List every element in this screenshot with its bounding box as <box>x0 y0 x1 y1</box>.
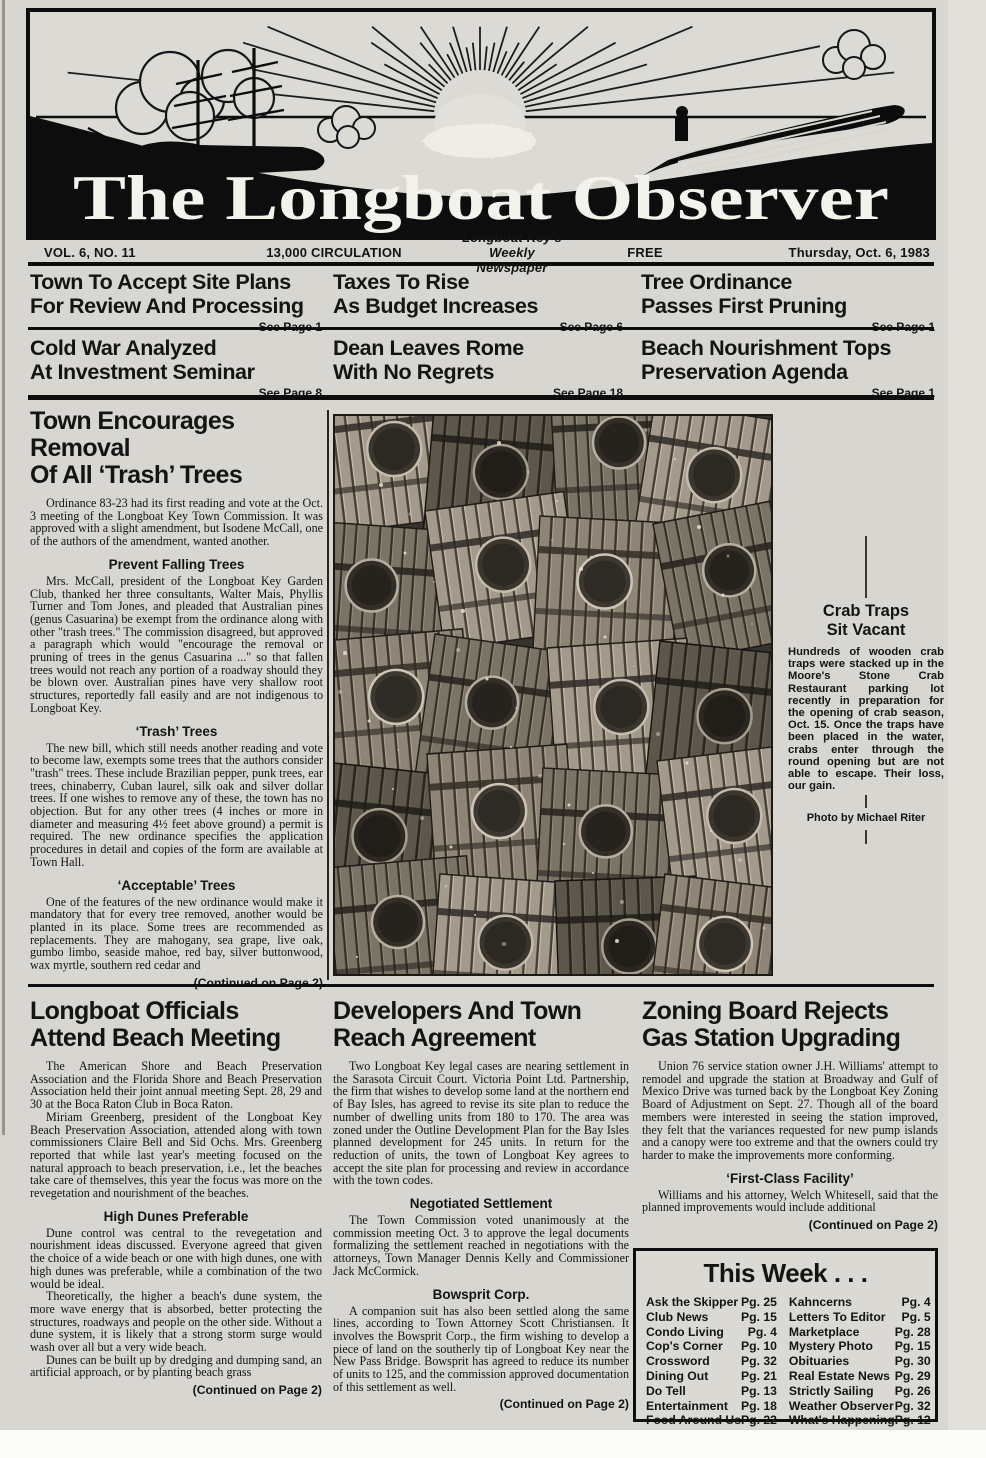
rule-above-bottom-section <box>28 984 934 987</box>
index-item: CrosswordPg. 32 <box>646 1354 777 1369</box>
caption-body: Hundreds of wooden crab traps were stack… <box>788 646 944 792</box>
index-item: KahncernsPg. 4 <box>789 1295 931 1310</box>
paragraph: A companion suit has also been settled a… <box>333 1305 629 1394</box>
index-item: Ask the SkipperPg. 25 <box>646 1295 777 1310</box>
paragraph: Theoretically, the higher a beach's dune… <box>30 1290 322 1354</box>
teaser-headline: Town To Accept Site PlansFor Review And … <box>30 270 322 318</box>
index-item: Dining OutPg. 21 <box>646 1369 777 1384</box>
this-week-index: This Week . . . Ask the SkipperPg. 25 Cl… <box>633 1248 938 1422</box>
continued-note: (Continued on Page 2) <box>30 1383 322 1397</box>
paragraph: One of the features of the new ordinance… <box>30 896 323 972</box>
teaser-beach-nourishment: Beach Nourishment TopsPreservation Agend… <box>641 336 935 400</box>
subhead: High Dunes Preferable <box>30 1209 322 1224</box>
index-item: What's HappeningPg. 12 <box>789 1413 931 1428</box>
rule-between-teasers <box>28 327 934 330</box>
subhead: ‘First-Class Facility’ <box>642 1171 938 1186</box>
index-item: ObituariesPg. 30 <box>789 1354 931 1369</box>
paragraph: Miriam Greenberg, president of the Longb… <box>30 1111 322 1200</box>
newspaper-title: The Longboat Observer <box>73 163 889 233</box>
index-item: Strictly SailingPg. 26 <box>789 1384 931 1399</box>
article-developers: Developers And Town Reach Agreement Two … <box>333 998 629 1424</box>
index-item: Club NewsPg. 15 <box>646 1310 777 1325</box>
teaser-headline: Cold War AnalyzedAt Investment Seminar <box>30 336 322 384</box>
newspaper-page: The Longboat Observer VOL. 6, NO. 11 13,… <box>0 0 986 1458</box>
paragraph: Williams and his attorney, Welch Whitese… <box>642 1189 938 1214</box>
article-zoning: Zoning Board Rejects Gas Station Upgradi… <box>642 998 938 1244</box>
caption-leader-line <box>865 536 867 598</box>
article-headline: Town Encourages Removal Of All ‘Trash’ T… <box>30 408 323 489</box>
subhead: Bowsprit Corp. <box>333 1287 629 1302</box>
article-headline: Longboat Officials Attend Beach Meeting <box>30 998 322 1052</box>
article-trash-trees: Town Encourages Removal Of All ‘Trash’ T… <box>30 408 323 1002</box>
continued-note: (Continued on Page 2) <box>30 976 323 990</box>
photo-credit: Photo by Michael Riter <box>788 812 944 824</box>
index-column-left: Ask the SkipperPg. 25 Club NewsPg. 15 Co… <box>646 1295 777 1428</box>
issue-date: Thursday, Oct. 6, 1983 <box>720 245 934 260</box>
price: FREE <box>570 245 720 260</box>
article-headline: Developers And Town Reach Agreement <box>333 998 629 1052</box>
index-item: MarketplacePg. 28 <box>789 1325 931 1340</box>
paragraph: Mrs. McCall, president of the Longboat K… <box>30 575 323 715</box>
caption-title: Crab TrapsSit Vacant <box>788 602 944 640</box>
subhead: ‘Trash’ Trees <box>30 724 323 739</box>
subhead: Negotiated Settlement <box>333 1196 629 1211</box>
article-headline: Zoning Board Rejects Gas Station Upgradi… <box>642 998 938 1052</box>
paragraph: Dunes can be built up by dredging and du… <box>30 1354 322 1379</box>
masthead-illustration: The Longboat Observer <box>30 12 932 236</box>
index-item: Food Around UsPg. 22 <box>646 1413 777 1428</box>
info-bar: VOL. 6, NO. 11 13,000 CIRCULATION Longbo… <box>28 243 934 261</box>
crab-traps-photo <box>333 414 773 976</box>
rule-under-teasers <box>28 395 934 400</box>
paragraph: The American Shore and Beach Preservatio… <box>30 1060 322 1111</box>
teaser-dean: Dean Leaves RomeWith No Regrets See Page… <box>333 336 623 400</box>
teaser-site-plans: Town To Accept Site PlansFor Review And … <box>30 270 322 334</box>
caption-leader-line <box>865 830 867 844</box>
teaser-cold-war: Cold War AnalyzedAt Investment Seminar S… <box>30 336 322 400</box>
rule-under-infobar <box>28 262 934 266</box>
paragraph: Union 76 service station owner J.H. Will… <box>642 1060 938 1162</box>
teaser-headline: Tree OrdinancePasses First Pruning <box>641 270 935 318</box>
teaser-headline: Dean Leaves RomeWith No Regrets <box>333 336 623 384</box>
index-item: Cop's CornerPg. 10 <box>646 1339 777 1354</box>
index-item: EntertainmentPg. 18 <box>646 1399 777 1414</box>
teaser-headline: Taxes To RiseAs Budget Increases <box>333 270 623 318</box>
index-item: Weather ObserverPg. 32 <box>789 1399 931 1414</box>
index-item: Do TellPg. 13 <box>646 1384 777 1399</box>
index-item: Mystery PhotoPg. 15 <box>789 1339 931 1354</box>
paragraph: Dune control was central to the revegeta… <box>30 1227 322 1291</box>
index-item: Letters To EditorPg. 5 <box>789 1310 931 1325</box>
teaser-headline: Beach Nourishment TopsPreservation Agend… <box>641 336 935 384</box>
teaser-tree-ordinance: Tree OrdinancePasses First Pruning See P… <box>641 270 935 334</box>
paragraph: The Town Commission voted unanimously at… <box>333 1214 629 1278</box>
subhead: Prevent Falling Trees <box>30 557 323 572</box>
continued-note: (Continued on Page 2) <box>642 1218 938 1232</box>
article-beach-meeting: Longboat Officials Attend Beach Meeting … <box>30 998 322 1409</box>
paragraph: Ordinance 83-23 had its first reading an… <box>30 497 323 548</box>
tagline: Longboat Key's Weekly Newspaper <box>454 230 570 275</box>
paragraph: The new bill, which still needs another … <box>30 742 323 869</box>
masthead: The Longboat Observer <box>26 8 936 240</box>
column-rule <box>327 410 329 980</box>
paragraph: Two Longboat Key legal cases are nearing… <box>333 1060 629 1187</box>
caption-leader-line <box>865 795 867 808</box>
index-item: Real Estate NewsPg. 29 <box>789 1369 931 1384</box>
teaser-taxes: Taxes To RiseAs Budget Increases See Pag… <box>333 270 623 334</box>
photo-caption: Crab TrapsSit Vacant Hundreds of wooden … <box>788 602 944 792</box>
continued-note: (Continued on Page 2) <box>333 1397 629 1411</box>
index-item: Condo LivingPg. 4 <box>646 1325 777 1340</box>
index-column-right: KahncernsPg. 4 Letters To EditorPg. 5 Ma… <box>789 1295 931 1428</box>
circulation: 13,000 CIRCULATION <box>214 245 454 260</box>
this-week-title: This Week . . . <box>636 1258 935 1289</box>
volume-number: VOL. 6, NO. 11 <box>28 245 214 260</box>
subhead: ‘Acceptable’ Trees <box>30 878 323 893</box>
scan-edge-artifact <box>2 0 5 1135</box>
